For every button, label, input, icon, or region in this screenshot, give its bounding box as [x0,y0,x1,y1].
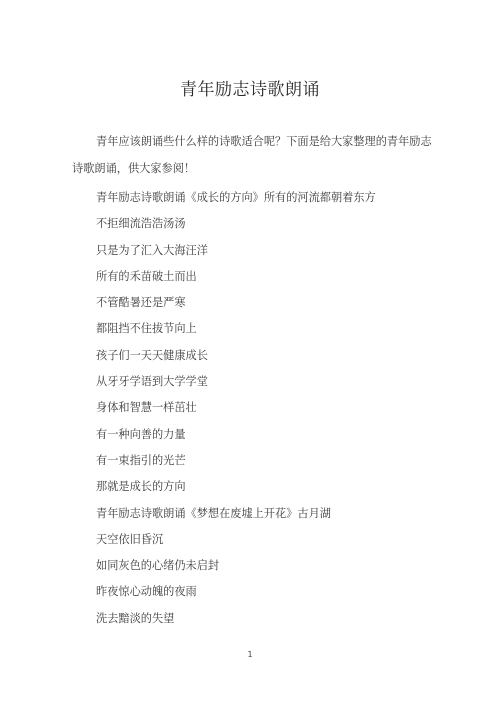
poem-line: 孩子们一天天健康成长 [96,343,376,369]
poem-line: 天空依旧昏沉 [96,527,376,553]
intro-paragraph: 青年应该朗诵些什么样的诗歌适合呢？下面是给大家整理的青年励志诗歌朗诵，供大家参阅… [72,128,432,182]
poem-line: 从牙牙学语到大学学堂 [96,369,376,395]
poem-line: 如同灰色的心绪仍未启封 [96,553,376,579]
page-number: 1 [0,650,500,659]
poem-line: 有一种向善的力量 [96,422,376,448]
poem-lines: 青年励志诗歌朗诵《成长的方向》所有的河流都朝着东方 不拒细流浩浩汤汤 只是为了汇… [96,185,376,632]
poem-line: 昨夜惊心动魄的夜雨 [96,579,376,605]
document-title: 青年励志诗歌朗诵 [0,75,500,100]
poem-line: 只是为了汇入大海汪洋 [96,238,376,264]
poem-line: 不管酷暑还是严寒 [96,290,376,316]
poem-line: 那就是成长的方向 [96,474,376,500]
poem-line: 有一束指引的光芒 [96,448,376,474]
poem-line: 都阻挡不住拔节向上 [96,316,376,342]
poem-line: 洗去黯淡的失望 [96,606,376,632]
document-page: 青年励志诗歌朗诵 青年应该朗诵些什么样的诗歌适合呢？下面是给大家整理的青年励志诗… [0,0,500,708]
poem-line: 不拒细流浩浩汤汤 [96,211,376,237]
poem-line: 青年励志诗歌朗诵《成长的方向》所有的河流都朝着东方 [96,185,376,211]
poem-line: 青年励志诗歌朗诵《梦想在废墟上开花》古月湖 [96,501,376,527]
poem-line: 所有的禾苗破土而出 [96,264,376,290]
poem-line: 身体和智慧一样茁壮 [96,395,376,421]
